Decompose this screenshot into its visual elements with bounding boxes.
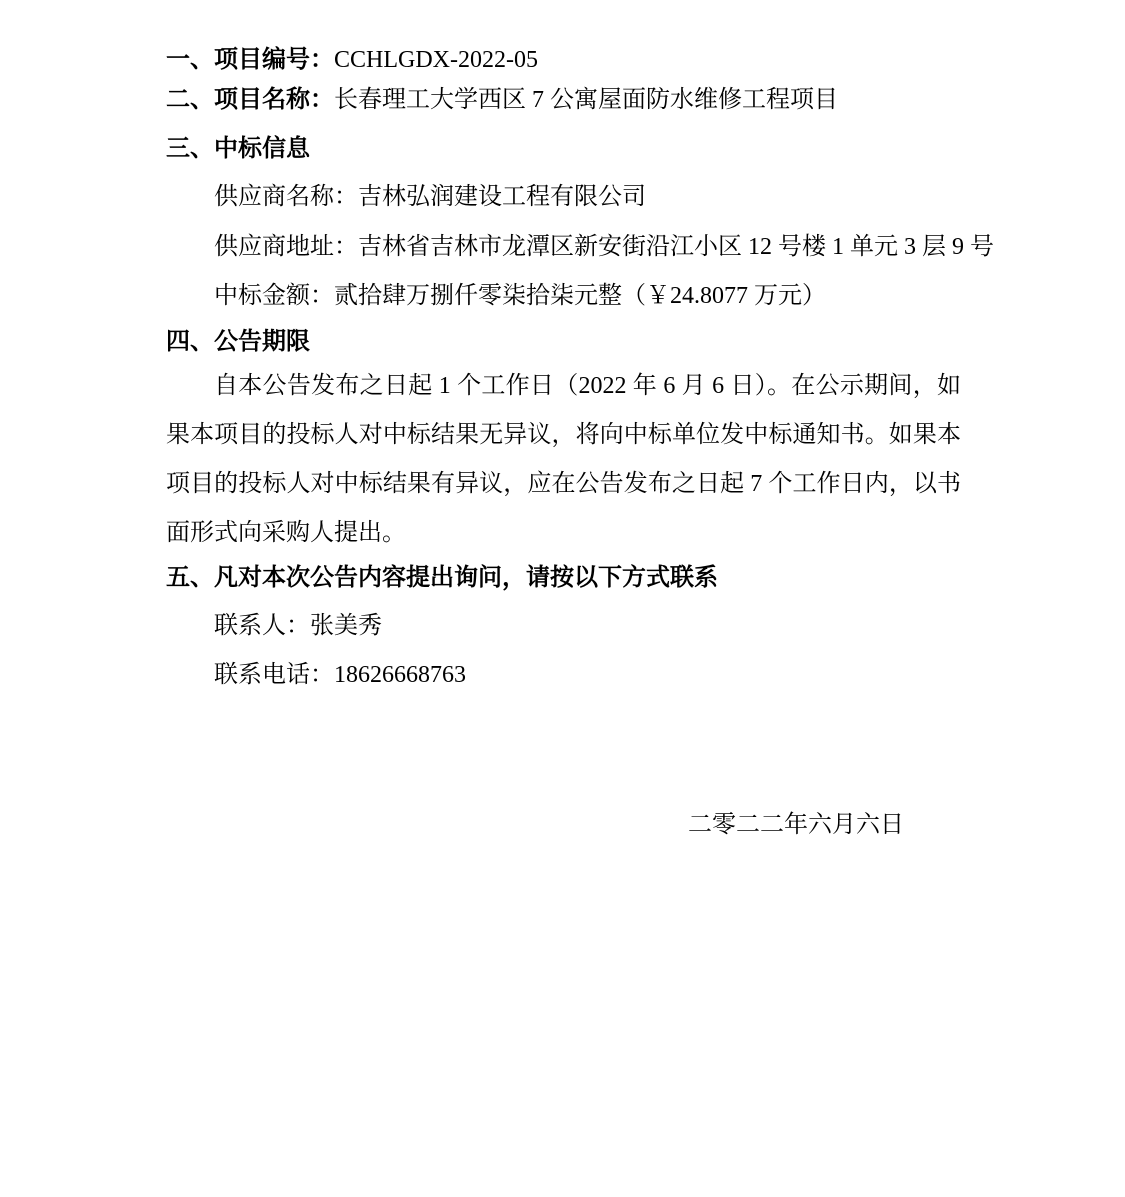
contact-person-value: 张美秀 xyxy=(310,613,382,639)
section-5-contact-heading: 五、凡对本次公告内容提出询问，请按以下方式联系 xyxy=(166,566,961,590)
supplier-name-value: 吉林弘润建设工程有限公司 xyxy=(358,184,646,210)
announcement-date: 二零二二年六月六日 xyxy=(166,813,961,837)
contact-person-label: 联系人： xyxy=(214,613,310,639)
section-1-project-number-heading: 一、项目编号：CCHLGDX-2022-05 xyxy=(166,48,961,72)
supplier-name-line: 供应商名称：吉林弘润建设工程有限公司 xyxy=(166,185,961,209)
supplier-name-label: 供应商名称： xyxy=(214,184,358,210)
contact-person-line: 联系人：张美秀 xyxy=(166,614,961,638)
supplier-address-label: 供应商地址： xyxy=(214,234,358,260)
award-amount-value: 贰拾肆万捌仟零柒拾柒元整（￥24.8077 万元） xyxy=(334,283,826,309)
contact-phone-value: 18626668763 xyxy=(334,662,466,688)
supplier-address-value: 吉林省吉林市龙潭区新安街沿江小区 12 号楼 1 单元 3 层 9 号 xyxy=(358,234,994,260)
supplier-address-line: 供应商地址：吉林省吉林市龙潭区新安街沿江小区 12 号楼 1 单元 3 层 9 … xyxy=(166,235,961,259)
project-name-label: 二、项目名称： xyxy=(166,86,334,113)
award-amount-label: 中标金额： xyxy=(214,283,334,309)
project-number-label: 一、项目编号： xyxy=(166,46,334,73)
award-amount-line: 中标金额：贰拾肆万捌仟零柒拾柒元整（￥24.8077 万元） xyxy=(166,284,961,308)
announcement-period-paragraph: 自本公告发布之日起 1 个工作日（2022 年 6 月 6 日）。在公示期间，如… xyxy=(166,362,961,558)
section-2-project-name-heading: 二、项目名称：长春理工大学西区 7 公寓屋面防水维修工程项目 xyxy=(166,88,961,112)
project-name-value: 长春理工大学西区 7 公寓屋面防水维修工程项目 xyxy=(334,87,838,113)
section-4-announcement-period-heading: 四、公告期限 xyxy=(166,330,961,354)
contact-phone-label: 联系电话： xyxy=(214,662,334,688)
contact-phone-line: 联系电话：18626668763 xyxy=(166,663,961,687)
announcement-document-page: 一、项目编号：CCHLGDX-2022-05 二、项目名称：长春理工大学西区 7… xyxy=(0,0,1125,1197)
section-3-award-info-heading: 三、中标信息 xyxy=(166,137,961,161)
project-number-value: CCHLGDX-2022-05 xyxy=(334,47,538,73)
